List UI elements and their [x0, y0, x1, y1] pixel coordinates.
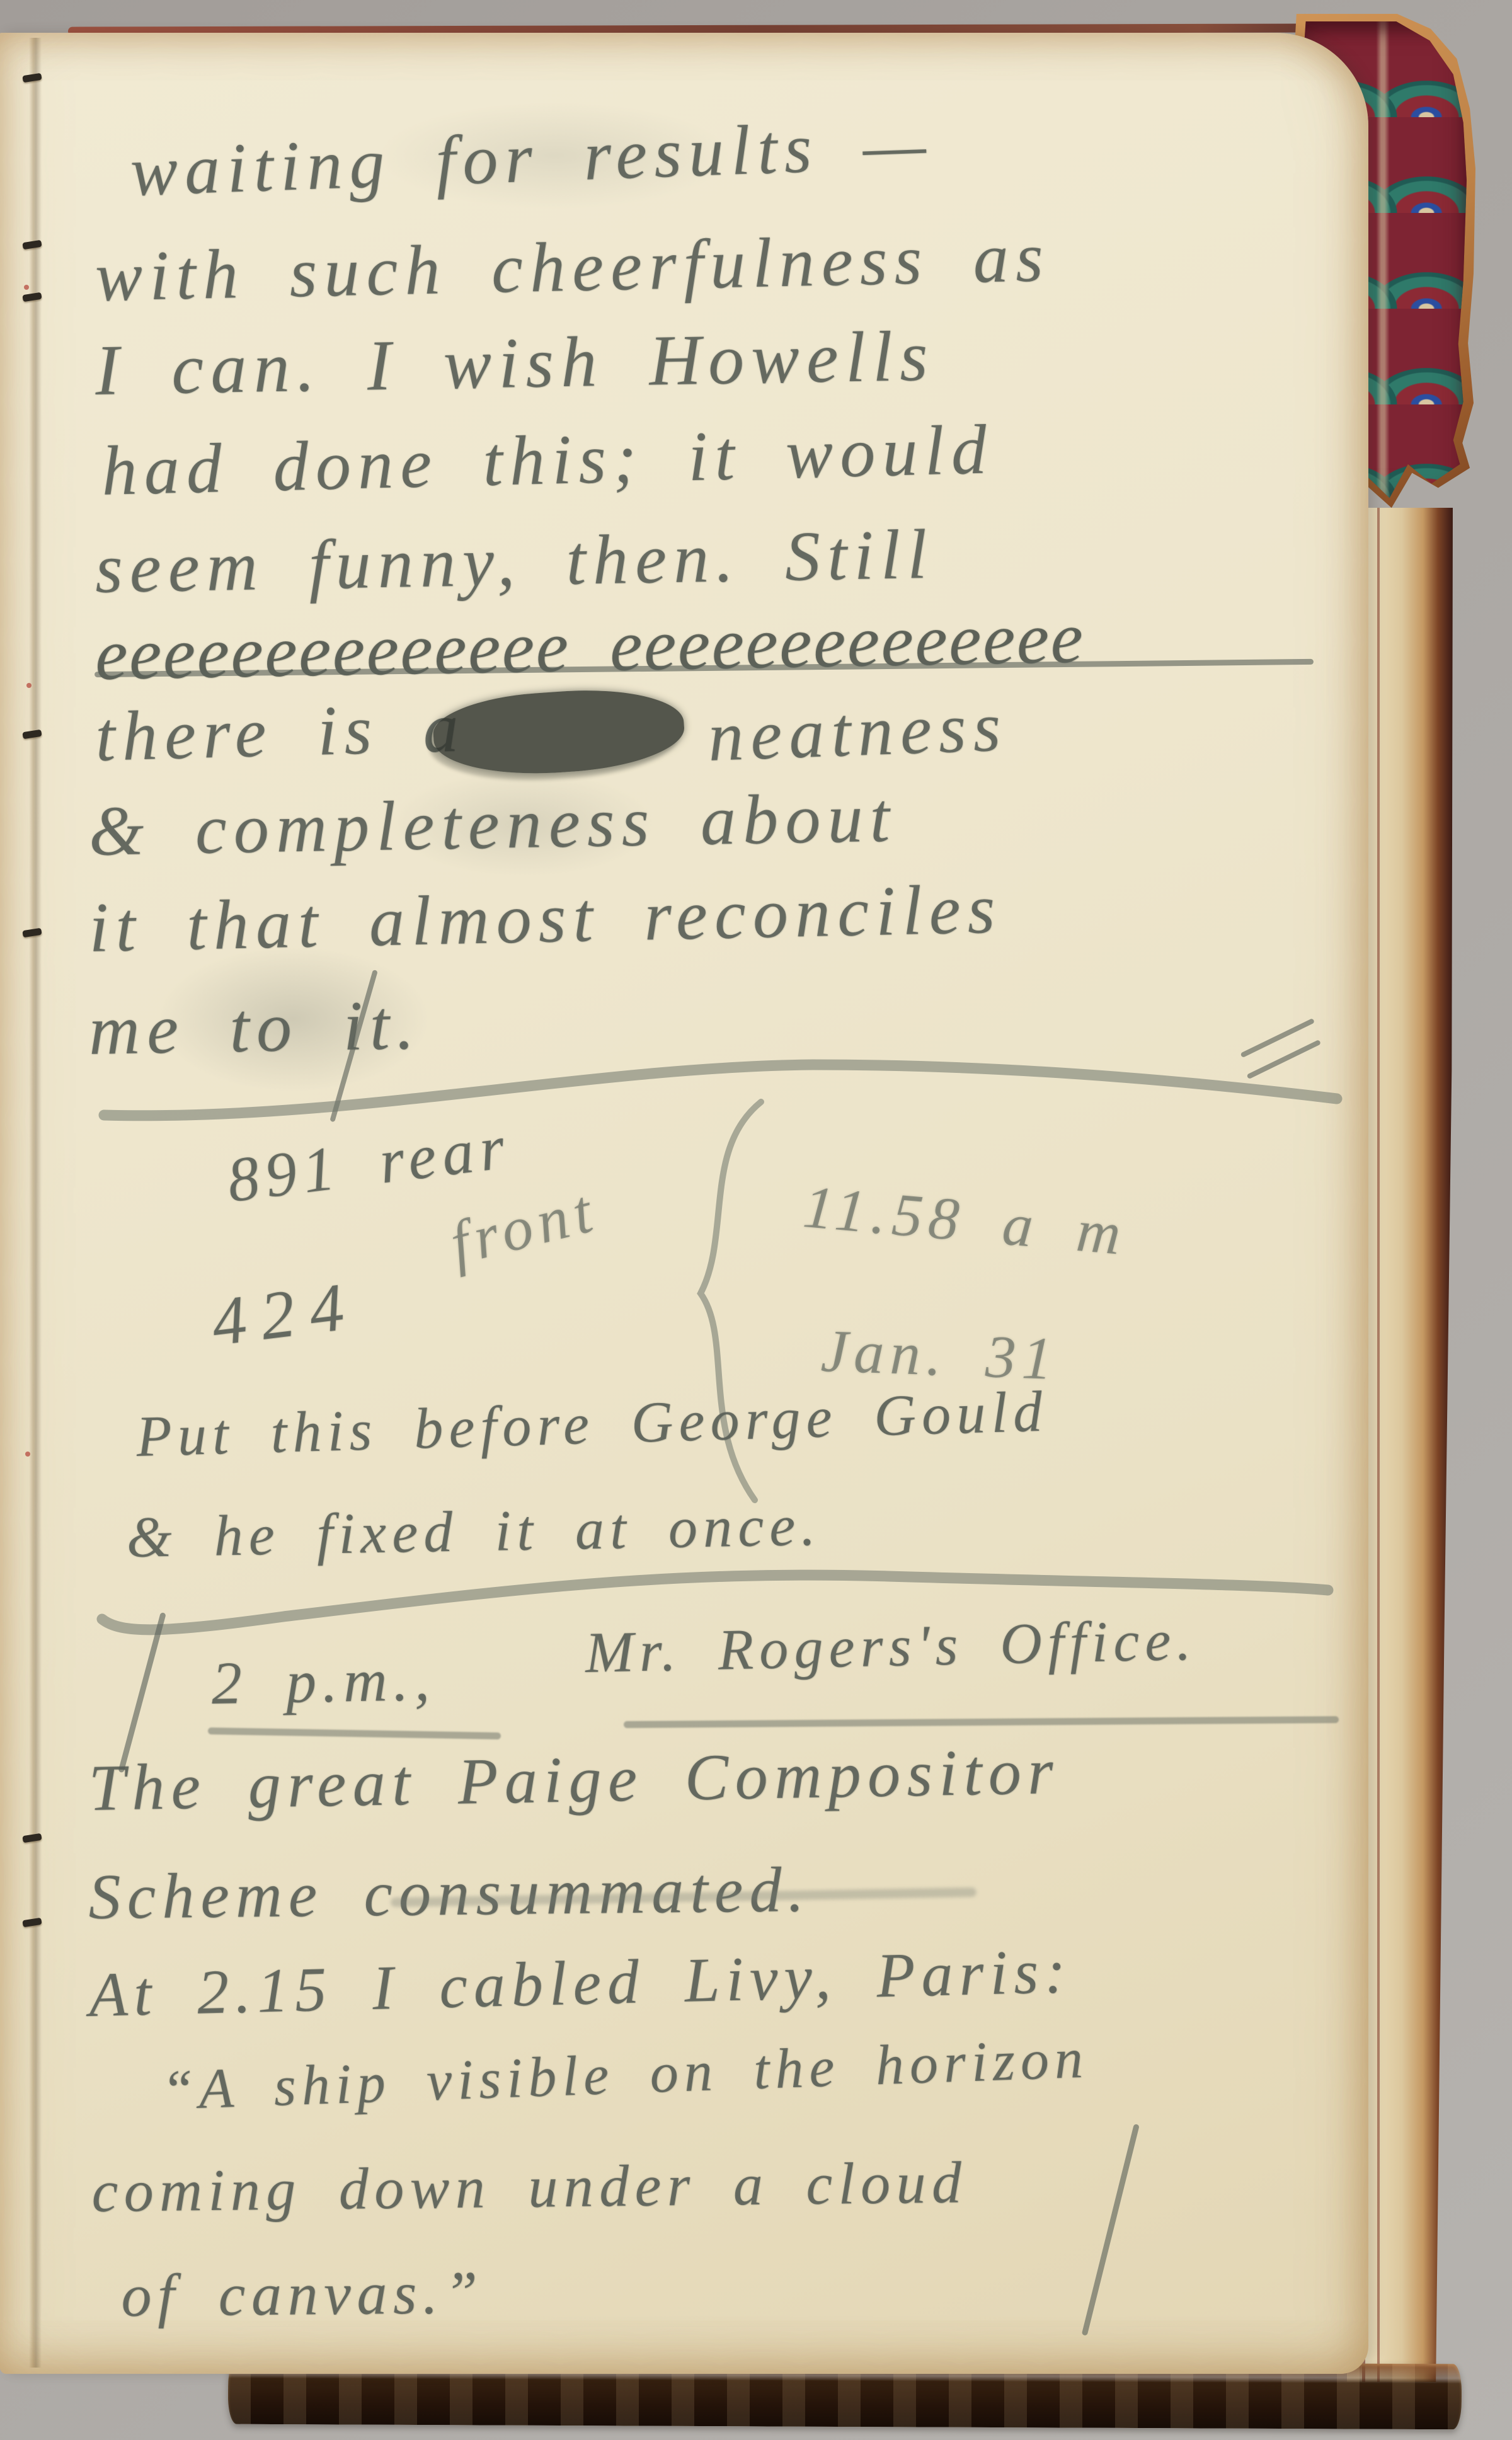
manuscript-line: neatness — [707, 690, 1009, 774]
underline-stroke — [624, 1716, 1339, 1728]
manuscript-line: & completeness about — [88, 781, 897, 869]
manuscript-line: of canvas.” — [121, 2261, 484, 2328]
gutter-fold — [29, 38, 42, 2368]
manuscript-line: with such cheerfulness as — [94, 221, 1051, 314]
scribbled-out-word — [431, 683, 687, 781]
manuscript-line: it that almost reconciles — [88, 873, 1003, 966]
manuscript-line: I can. I wish Howells — [94, 318, 936, 408]
manuscript-line: had done this; it would — [101, 413, 994, 508]
red-fleck — [24, 285, 29, 290]
manuscript-line: The great Paige Compositor — [88, 1737, 1060, 1823]
red-fleck — [26, 683, 31, 688]
manuscript-line: coming down under a cloud — [91, 2151, 968, 2223]
notebook-page: waiting for results — with such cheerful… — [0, 33, 1368, 2374]
manuscript-line: there is a — [94, 691, 466, 775]
manuscript-line: seem funny, then. Still — [94, 518, 934, 607]
manuscript-line: At 2.15 I cabled Livy, Paris: — [88, 1938, 1072, 2028]
memo-time: 11.58 a m — [801, 1175, 1129, 1266]
memo-note-line: Put this before George Gould — [135, 1381, 1049, 1467]
memo-front-number: 424 — [208, 1270, 362, 1359]
entry-place: Mr. Rogers's Office. — [585, 1610, 1197, 1683]
red-fleck — [25, 1452, 30, 1457]
entry-time: 2 p.m., — [211, 1648, 436, 1715]
underline-stroke — [208, 1727, 501, 1739]
scratched-out-line: eeeeeeeeeeeeee eeeeeeeeeeeeee — [94, 600, 1085, 694]
entry-end-slash-mark — [1082, 2124, 1140, 2336]
memo-front-label: front — [444, 1178, 604, 1277]
photo-background: waiting for results — with such cheerful… — [0, 0, 1512, 2440]
manuscript-line: waiting for results — — [129, 108, 934, 210]
manuscript-line: “A ship visible on the horizon — [161, 2029, 1089, 2121]
